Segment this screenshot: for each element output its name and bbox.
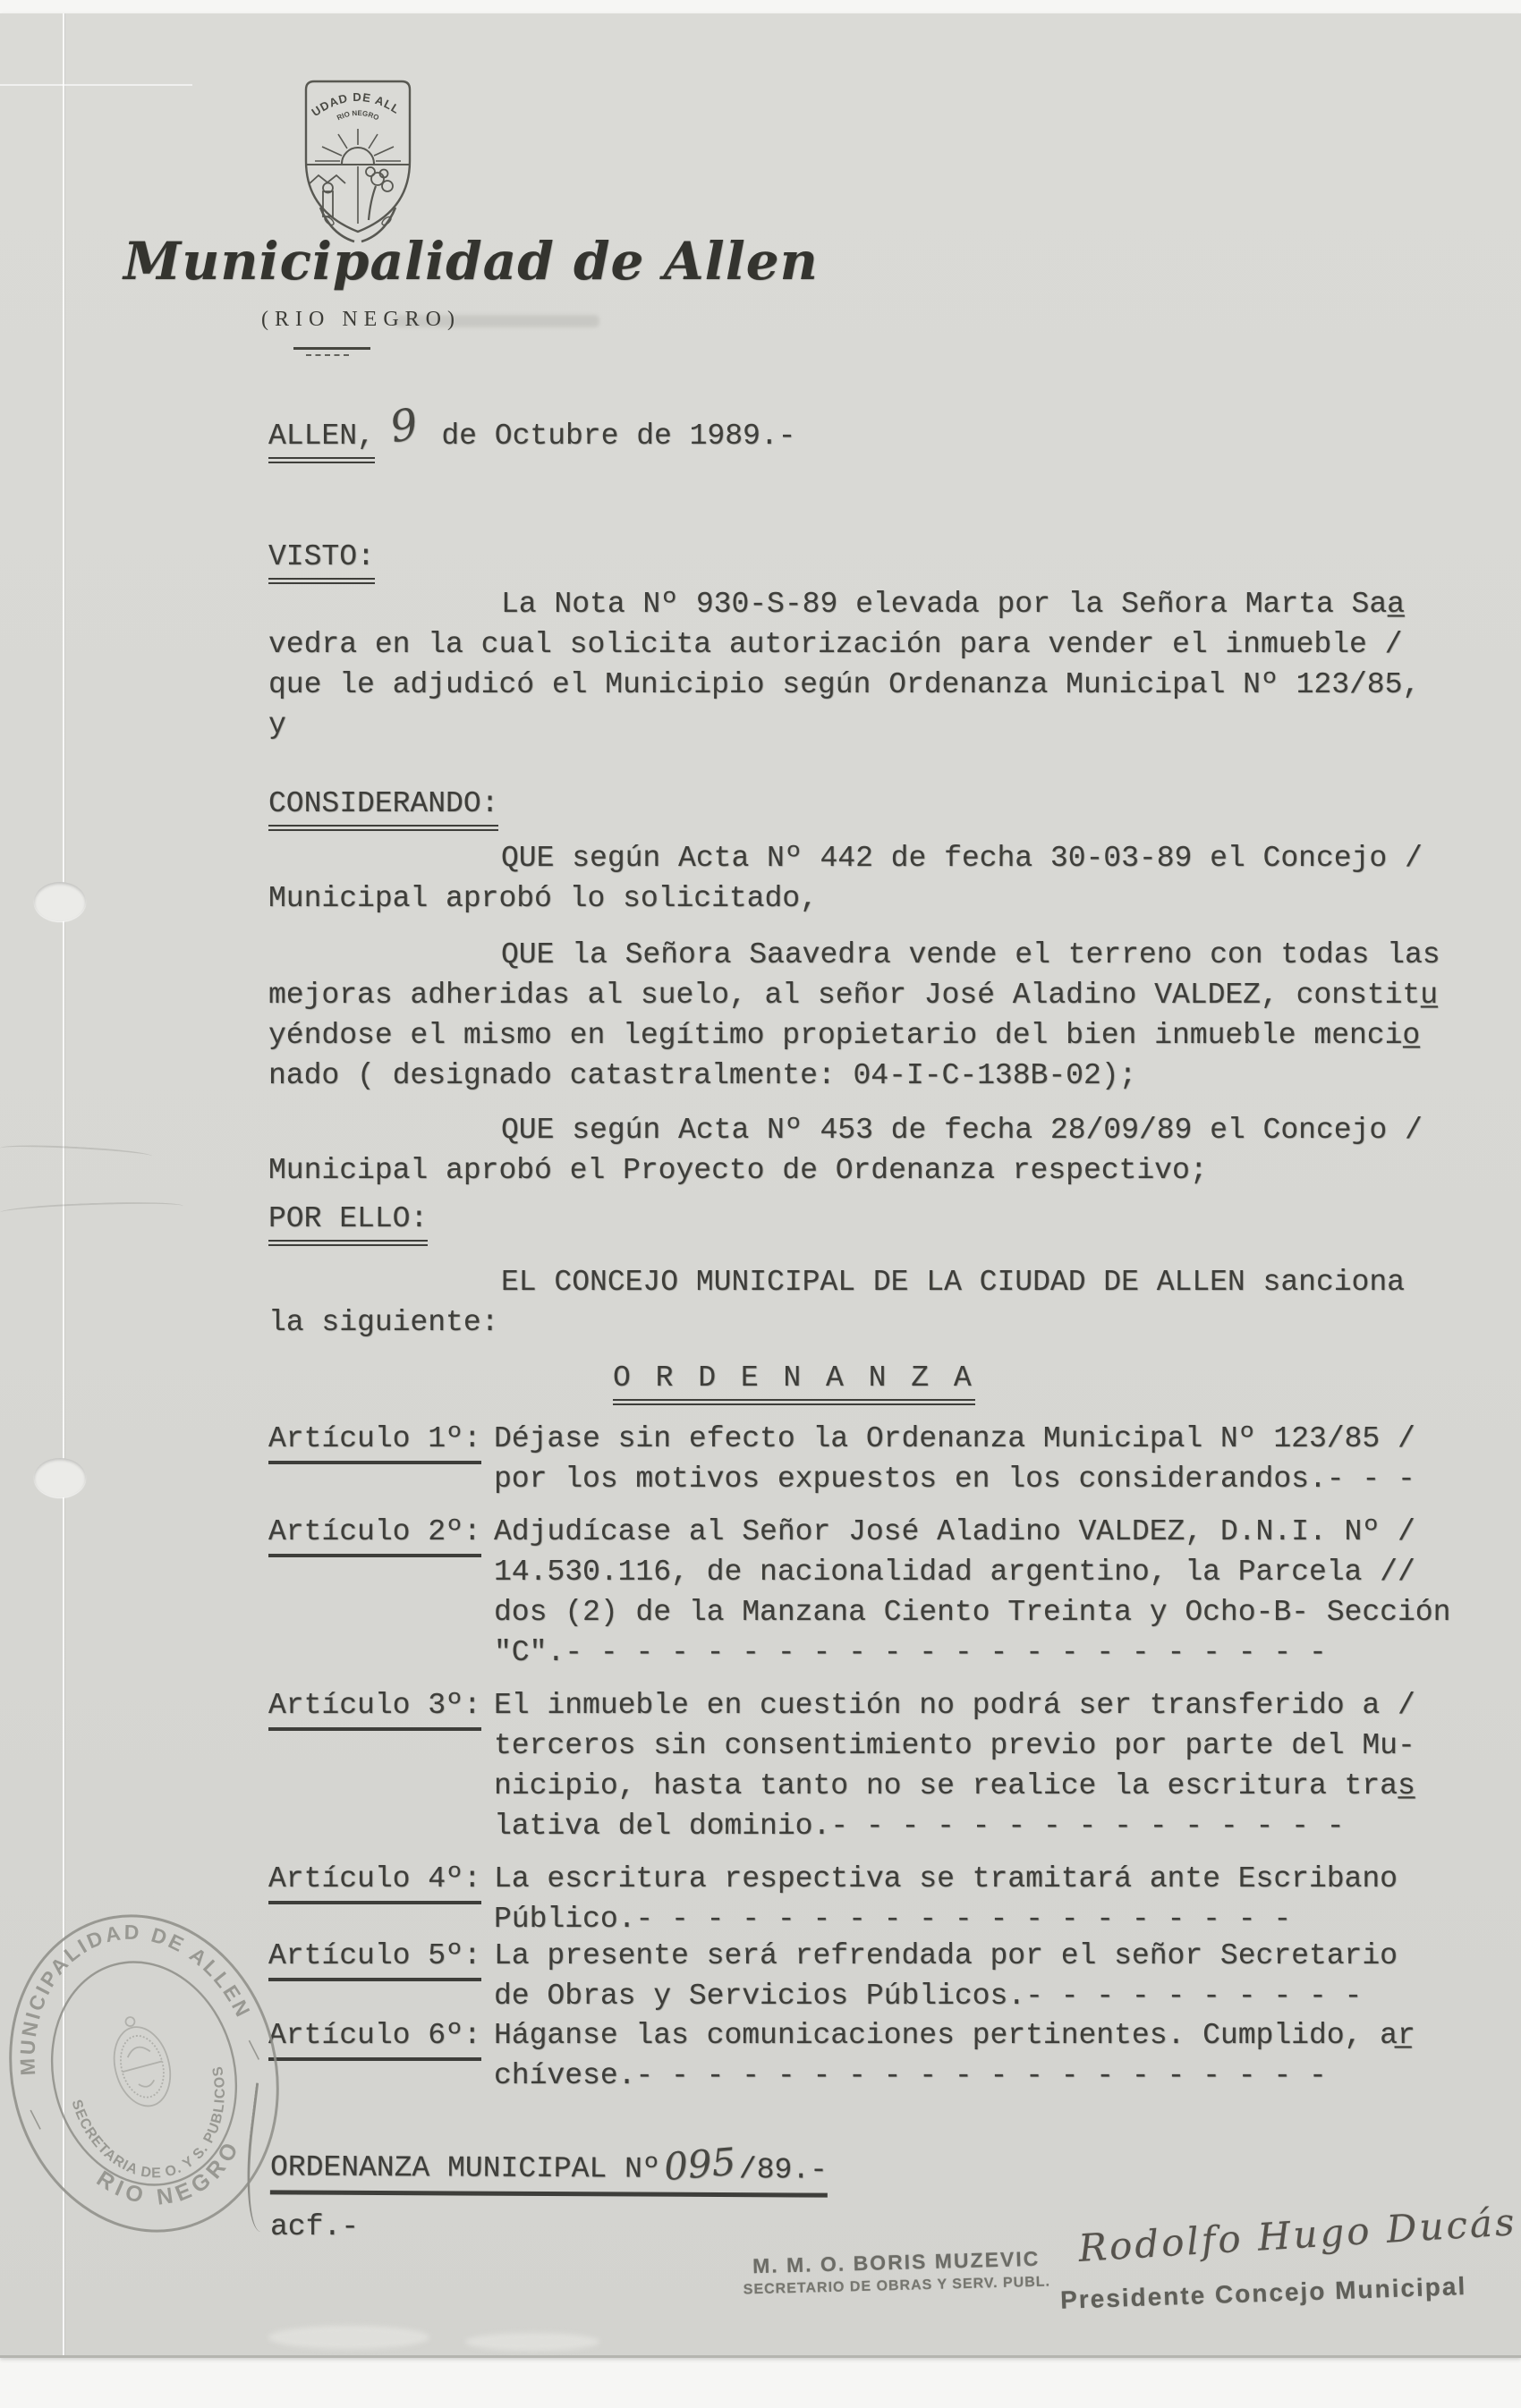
article-2: Artículo 2º: Adjudícase al Señor José Al… [268,1512,1476,1673]
considerando-line: QUE según Acta Nº 442 de fecha 30-03-89 … [268,838,1476,878]
article-line: terceros sin consentimiento previo por p… [494,1725,1476,1766]
article-3: Artículo 3º: El inmueble en cuestión no … [268,1685,1476,1846]
visto-line: y [268,705,1476,745]
visto-line: que le adjudicó el Municipio según Orden… [268,665,1476,705]
article-line: Háganse las comunicaciones pertinentes. … [494,2015,1476,2056]
dateline-rest: de Octubre de 1989.- [441,420,795,453]
article-line: chívese.- - - - - - - - - - - - - - - - … [494,2056,1476,2096]
considerando-line: mejoras adheridas al suelo, al señor Jos… [268,975,1476,1015]
article-label: Artículo 5º: [268,1936,481,1981]
ordenanza-heading: O R D E N A N Z A [613,1358,975,1405]
organization-province: (RIO NEGRO) [261,308,461,332]
section-visto: VISTO: La Nota Nº 930-S-89 elevada por l… [268,537,1476,745]
considerando-line: QUE la Señora Saavedra vende el terreno … [268,935,1476,975]
article-label: Artículo 2º: [268,1512,481,1557]
article-line: La escritura respectiva se tramitará ant… [494,1859,1476,1899]
ordinance-number-line: ORDENANZA MUNICIPAL Nº095/89.- [270,2141,828,2197]
article-line: Adjudícase al Señor José Aladino VALDEZ,… [494,1512,1476,1552]
visto-line: La Nota Nº 930-S-89 elevada por la Señor… [268,584,1476,624]
article-line: nicipio, hasta tanto no se realice la es… [494,1766,1476,1806]
handwritten-day: 9 [387,404,421,449]
article-6: Artículo 6º: Háganse las comunicaciones … [268,2015,1476,2096]
article-4: Artículo 4º: La escritura respectiva se … [268,1859,1476,1939]
considerando-line: Municipal aprobó lo solicitado, [268,878,1476,919]
article-5: Artículo 5º: La presente será refrendada… [268,1936,1476,2016]
ordinance-number-suffix: /89.- [739,2149,828,2191]
considerando-line: nado ( designado catastralmente: 04-I-C-… [268,1056,1476,1096]
article-line: Déjase sin efecto la Ordenanza Municipal… [494,1419,1476,1459]
por-ello-heading: POR ELLO: [268,1199,428,1246]
article-line: Público.- - - - - - - - - - - - - - - - … [494,1899,1476,1939]
por-ello-line: EL CONCEJO MUNICIPAL DE LA CIUDAD DE ALL… [268,1262,1476,1302]
por-ello-line: la siguiente: [268,1302,1476,1343]
secretary-signature-stamp: M. M. O. BORIS MUZEVIC SECRETARIO DE OBR… [735,2246,1058,2298]
ordinance-number-label: ORDENANZA MUNICIPAL Nº [270,2147,660,2189]
ordenanza-heading-wrap: O R D E N A N Z A [613,1358,975,1405]
considerando-line: QUE según Acta Nº 453 de fecha 28/09/89 … [268,1110,1476,1150]
article-line: lativa del dominio.- - - - - - - - - - -… [494,1806,1476,1846]
handwritten-ordinance-number: 095 [662,2141,737,2187]
article-line: El inmueble en cuestión no podrá ser tra… [494,1685,1476,1725]
article-line: de Obras y Servicios Públicos.- - - - - … [494,1976,1476,2016]
considerando-line: Municipal aprobó el Proyecto de Ordenanz… [268,1150,1476,1191]
svg-text:RIO NEGRO: RIO NEGRO [336,109,380,122]
dateline-place: ALLEN, [268,416,375,463]
ordinance-number-block: ORDENANZA MUNICIPAL Nº095/89.- acf.- [270,2143,828,2247]
punch-hole [34,1458,86,1497]
article-label: Artículo 1º: [268,1419,481,1464]
section-por-ello: POR ELLO: EL CONCEJO MUNICIPAL DE LA CIU… [268,1199,1476,1343]
punch-hole [34,882,86,921]
scanned-ordinance-page: { "header": { "shield_top": "CIUDAD DE A… [0,0,1521,2408]
visto-line: vedra en la cual solicita autorización p… [268,624,1476,665]
dateline: ALLEN,9de Octubre de 1989.- [268,410,795,463]
section-considerando: CONSIDERANDO: QUE según Acta Nº 442 de f… [268,784,1476,1191]
organization-name: Municipalidad de Allen [123,231,819,292]
article-label: Artículo 4º: [268,1859,481,1904]
paper-wear-patch [268,2326,429,2349]
municipal-shield-logo: CIUDAD DE ALLEN RIO NEGRO [295,75,421,250]
article-line: La presente será refrendada por el señor… [494,1936,1476,1976]
header-rule [293,347,370,350]
article-label: Artículo 6º: [268,2015,481,2061]
horizontal-crease [0,84,192,86]
stamp-right-dash: — [240,2034,271,2065]
typist-initials: acf.- [270,2207,828,2247]
visto-heading: VISTO: [268,537,375,584]
considerando-heading: CONSIDERANDO: [268,784,498,831]
article-line: "C".- - - - - - - - - - - - - - - - - - … [494,1632,1476,1673]
paper-wear-patch [465,2333,599,2351]
article-label: Artículo 3º: [268,1685,481,1731]
header-rule-dashed [306,354,349,356]
article-line: 14.530.116, de nacionalidad argentino, l… [494,1552,1476,1592]
article-1: Artículo 1º: Déjase sin efecto la Ordena… [268,1419,1476,1499]
shield-sub-text: RIO NEGRO [336,109,380,122]
article-line: dos (2) de la Manzana Ciento Treinta y O… [494,1592,1476,1632]
considerando-line: yéndose el mismo en legítimo propietario… [268,1015,1476,1056]
article-line: por los motivos expuestos en los conside… [494,1459,1476,1499]
